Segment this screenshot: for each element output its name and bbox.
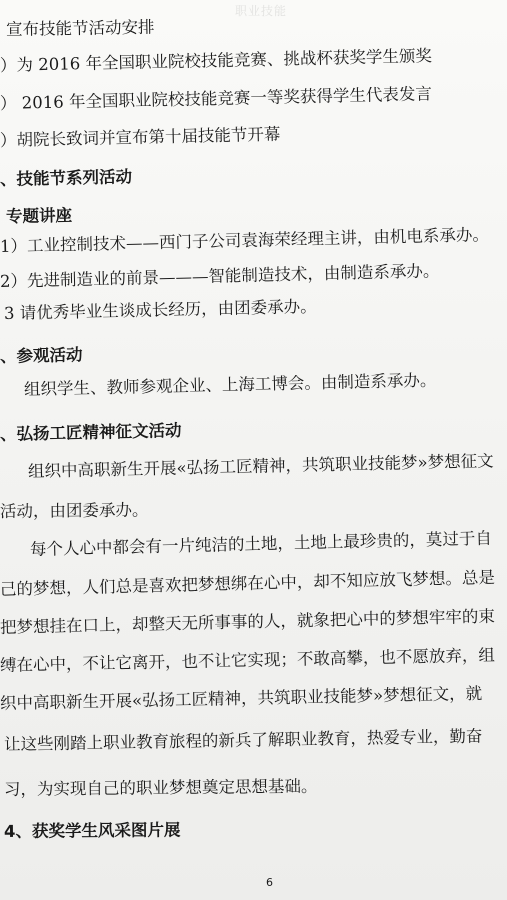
section-heading-essay-contest: 、弘扬工匠精神征文活动 [0, 421, 182, 445]
essay-body-line-1: 每个人心中都会有一片纯洁的土地，土地上最珍贵的，莫过于自 [30, 529, 492, 560]
essay-body-line-3: 把梦想挂在口上，却整天无所事事的人，就象把心中的梦想牢牢的束 [0, 607, 495, 638]
schedule-item-award: ）为 2016 年全国职业院校技能竞赛、挑战杯获奖学生颁奖 [0, 46, 432, 76]
lecture-item-2: 2）先进制造业的前景———智能制造技术，由制造系承办。 [0, 261, 440, 292]
page-number: 6 [266, 876, 273, 889]
essay-body-line-5: 织中高职新生开展«弘扬工匠精神，共筑职业技能梦»梦想征文，就 [0, 684, 482, 714]
visits-description: 组织学生、教师参观企业、上海工博会。由制造系承办。 [24, 371, 437, 400]
essay-body-line-2: 己的梦想，人们总是喜欢把梦想绑在心中，却不知应放飞梦想。总是 [0, 568, 495, 600]
lecture-item-3: 3 请优秀毕业生谈成长经历，由团委承办。 [4, 297, 317, 324]
subsection-heading-lectures: 专题讲座 [6, 206, 72, 227]
essay-body-line-6: 让这些刚踏上职业教育旅程的新兵了解职业教育，热爱专业，勤奋 [4, 727, 483, 755]
schedule-item-opening: ）胡院长致词并宣布第十届技能节开幕 [0, 125, 281, 151]
schedule-item-speech: ） 2016 年全国职业院校技能竞赛一等奖获得学生代表发言 [0, 84, 432, 114]
document-page: 职业技能 宣布技能节活动安排 ）为 2016 年全国职业院校技能竞赛、挑战杯获奖… [0, 0, 507, 900]
section-heading-series-activities: 、技能节系列活动 [0, 167, 132, 190]
section-heading-photo-exhibit: 4、获奖学生风采图片展 [4, 820, 181, 842]
essay-paragraph-line-1: 组织中高职新生开展«弘扬工匠精神，共筑职业技能梦»梦想征文 [28, 451, 494, 482]
section-heading-visits: 、参观活动 [0, 345, 83, 367]
lecture-item-1: 1）工业控制技术——西门子公司袁海荣经理主讲，由机电系承办。 [0, 225, 489, 257]
essay-body-line-4: 缚在心中，不让它离开，也不让它实现；不敢高攀，也不愿放弃，组 [0, 646, 495, 676]
essay-paragraph-line-2: 活动，由团委承办。 [0, 500, 149, 522]
schedule-item-announce: 宣布技能节活动安排 [6, 18, 155, 40]
essay-body-line-7: 习，为实现自己的职业梦想奠定思想基础。 [4, 777, 318, 800]
bleed-through-text: 职业技能 [235, 2, 287, 19]
